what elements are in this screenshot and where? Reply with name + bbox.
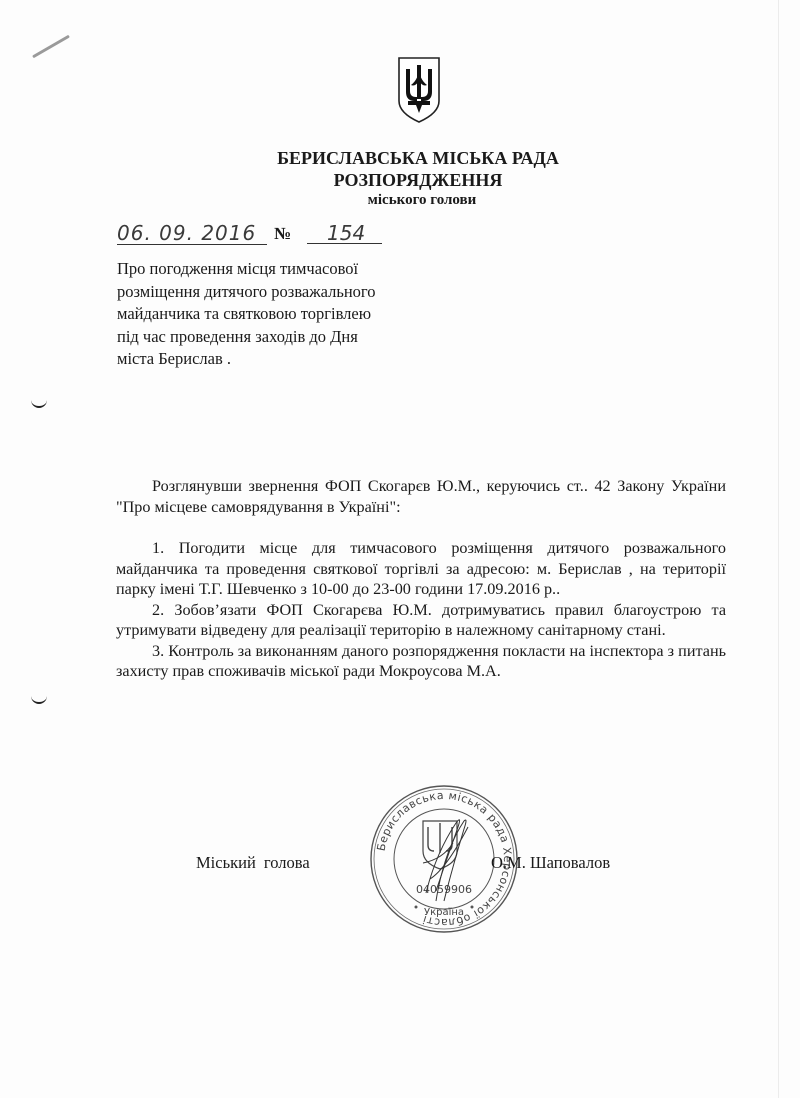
trident-coat-of-arms-icon [396,55,442,125]
subject-line: під час проведення заходів до Дня [117,326,417,349]
decision-item-2: 2. Зобов’язати ФОП Скогарєва Ю.М. дотрим… [116,600,726,641]
decision-item-3: 3. Контроль за виконанням даного розпоря… [116,641,726,682]
subject-line: майданчика та святковою торгівлею [117,303,417,326]
registration-row: 06. 09. 2016 № 154 [117,222,377,248]
staple-mark [32,35,70,59]
preamble-paragraph: Розглянувши звернення ФОП Скогарєв Ю.М.,… [116,476,726,517]
signatory-position: Міський голова [196,853,310,873]
council-name: БЕРИСЛАВСЬКА МІСЬКА РАДА [18,148,800,169]
subject-line: розміщення дитячого розважального [117,281,417,304]
decision-items: 1. Погодити місце для тимчасового розміщ… [116,538,726,682]
document-type-title: РОЗПОРЯДЖЕННЯ [18,170,800,191]
punch-hole-mark-top [31,398,47,408]
decision-item-1: 1. Погодити місце для тимчасового розміщ… [116,538,726,600]
svg-text:04059906: 04059906 [416,883,472,896]
punch-hole-mark-bottom [31,694,47,704]
number-sign: № [274,224,291,244]
preamble-block: Розглянувши звернення ФОП Скогарєв Ю.М.,… [116,476,726,517]
subject-line: Про погодження місця тимчасової [117,258,417,281]
signatory-name: О.М. Шаповалов [491,853,610,873]
subject-block: Про погодження місця тимчасової розміщен… [117,258,417,371]
issuer-subtitle: міського голови [22,192,800,209]
handwritten-number: 154 [307,222,382,244]
subject-line: міста Берислав . [117,348,417,371]
svg-text:Україна: Україна [424,907,464,918]
handwritten-date: 06. 09. 2016 [117,222,267,245]
